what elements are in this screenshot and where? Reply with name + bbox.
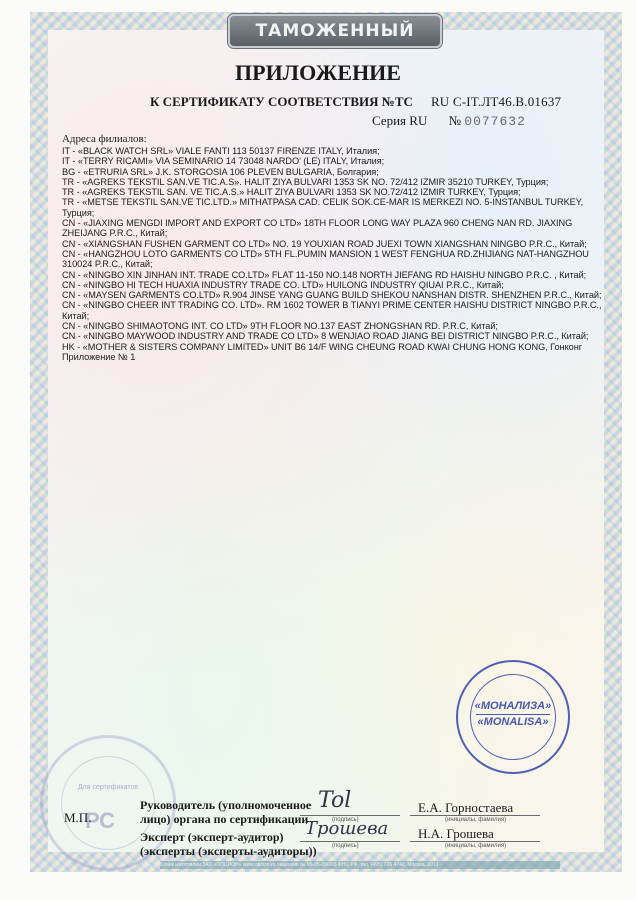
head-label-line-2: лицо) органа по сертификации [140, 812, 311, 826]
stamp-divider [476, 714, 550, 715]
head-of-body-label: Руководитель (уполномоченное лицо) орган… [140, 798, 311, 826]
address-row: CN - «NINGBO XIN JINHAN INT. TRADE CO.LT… [62, 270, 602, 280]
expert-signature-caption: (подпись) [332, 843, 359, 849]
address-row: IT - «BLACK WATCH SRL» VIALE FANTI 113 5… [62, 146, 602, 156]
serial-no-label: № [449, 113, 461, 128]
address-row: HK - «MOTHER & SISTERS COMPANY LIMITED» … [62, 342, 602, 352]
address-row: IT - «TERRY RICAMI» VIA SEMINARIO 14 730… [62, 156, 602, 166]
expert-name: Н.А. Грошева [418, 826, 494, 842]
head-signature-line [300, 815, 400, 816]
stamp-text: Для сертификатов [43, 784, 173, 791]
address-row: CN - «HANGZHOU LOTO GARMENTS CO LTD» 5TH… [62, 249, 602, 270]
head-name-caption: (инициалы, фамилия) [445, 817, 506, 823]
certificate-number: RU C-IT.ЛТ46.В.01637 [431, 94, 561, 109]
address-row: TR - «METSE TEKSTIL SAN.VE TIC.LTD.» MIT… [62, 197, 602, 218]
address-row: CN - «MAYSEN GARMENTS CO.LTD» R.904 JINS… [62, 290, 602, 300]
head-label-line-1: Руководитель (уполномоченное [140, 798, 311, 812]
address-row: TR - «AGREKS TEKSTIL SAN.VE TIC.A.S». HA… [62, 177, 602, 187]
address-row: CN - «NINGBO SHIMAOTONG INT. CO LTD» 9TH… [62, 321, 602, 331]
expert-label-line-1: Эксперт (эксперт-аудитор) [140, 830, 317, 844]
serial-number: 0077632 [464, 114, 526, 129]
head-name: Е.А. Горностаева [418, 800, 513, 816]
branch-addresses: Адреса филиалов: IT - «BLACK WATCH SRL» … [62, 133, 602, 362]
stamp-name-cyrillic: «МОНАЛИЗА» [458, 700, 568, 712]
series-line: Серия RU № 0077632 [372, 113, 526, 129]
page-title: ПРИЛОЖЕНИЕ [0, 60, 636, 86]
series-label: Серия RU [372, 113, 427, 128]
expert-name-line [410, 841, 540, 842]
certificate-label: К СЕРТИФИКАТУ СООТВЕТСТВИЯ №ТС [150, 94, 413, 109]
expert-label-line-2: (эксперты (эксперты-аудиторы)) [140, 844, 317, 858]
expert-name-caption: (инициалы, фамилия) [445, 843, 506, 849]
expert-label: Эксперт (эксперт-аудитор) (эксперты (экс… [140, 830, 317, 858]
address-row: CN - «XIANGSHAN FUSHEN GARMENT CO LTD» N… [62, 239, 602, 249]
seal-place-label: М.П. [64, 810, 91, 826]
expert-signature-line [300, 841, 400, 842]
form-printer-footer: Бланк изготовлен ЗАО «ОПЦИОН» www.opcion… [160, 861, 560, 869]
head-signature: Tol [318, 788, 351, 813]
address-row: TR - «AGREKS TEKSTIL SAN. VE TIC.A.S.» H… [62, 187, 602, 197]
stamp-name-latin: «MONALISA» [458, 716, 568, 728]
head-name-line [410, 815, 540, 816]
company-stamp: «МОНАЛИЗА» «MONALISA» [456, 660, 570, 774]
appendix-number: Приложение № 1 [62, 352, 602, 362]
address-row: CN - «NINGBO MAYWOOD INDUSTRY AND TRADE … [62, 331, 602, 341]
address-row: BG - «ETRURIA SRL» J.K. STORGOSIA 106 PL… [62, 167, 602, 177]
addresses-heading: Адреса филиалов: [62, 133, 602, 145]
certificate-number-line: К СЕРТИФИКАТУ СООТВЕТСТВИЯ №ТСRU C-IT.ЛТ… [150, 94, 561, 110]
address-row: CN - «JIAXING MENGDI IMPORT AND EXPORT C… [62, 218, 602, 239]
address-row: CN - «NINGBO HI TECH HUAXIA INDUSTRY TRA… [62, 280, 602, 290]
expert-signature: Трошева [305, 818, 388, 839]
customs-union-banner: ТАМОЖЕННЫЙ СОЮЗ [228, 14, 442, 48]
address-row: CN - «NINGBO CHEER INT TRADING CO. LTD».… [62, 300, 602, 321]
address-list: IT - «BLACK WATCH SRL» VIALE FANTI 113 5… [62, 146, 602, 362]
